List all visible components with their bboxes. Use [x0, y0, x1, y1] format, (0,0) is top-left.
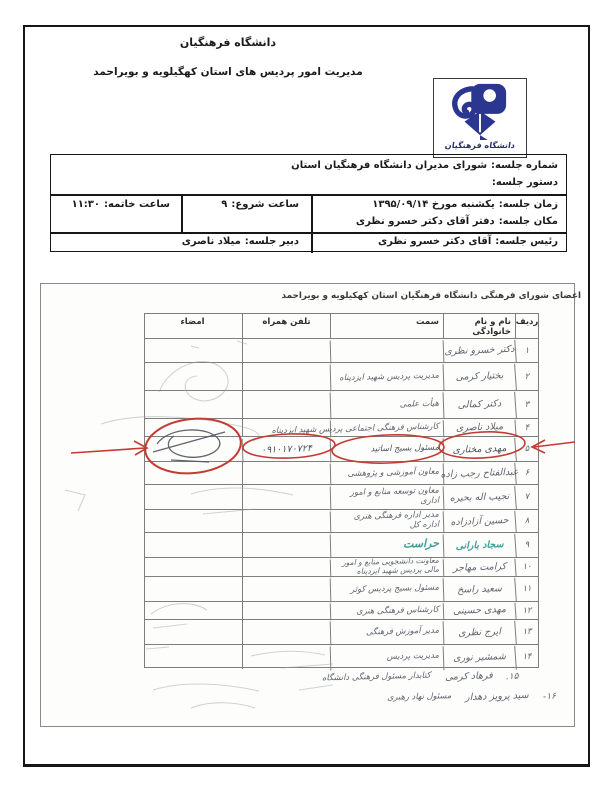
start-time-cell: ساعت شروع:۹: [179, 194, 307, 232]
row-number: ۴: [514, 418, 538, 437]
table-row: ۱۲ مهدی حسینی کارشناس فرهنگی هنری: [145, 602, 538, 620]
member-position: هیأت علمی: [330, 390, 444, 420]
signature-cell: [143, 391, 242, 418]
member-name: فرهاد کرمی: [445, 670, 493, 683]
signature-cell: [143, 558, 242, 576]
member-position: مدیریت پردیس شهید ایزدپناه: [330, 362, 444, 392]
extra-row-16: ۱۶- سید پرویز دهدار مسئول نهاد رهبری: [387, 691, 556, 702]
secretary-cell: دبیر جلسه:میلاد ناصری: [49, 232, 307, 253]
place-label: مکان جلسه:: [499, 216, 558, 227]
member-position: مدیریت پردیس: [330, 644, 444, 671]
row-number: ۱۲: [514, 601, 538, 620]
member-name: دکتر کمالی: [443, 390, 516, 419]
signature-cell: [143, 419, 242, 436]
row-number: ۸: [514, 509, 538, 533]
member-name: مهدی مختاری: [443, 436, 516, 462]
row-number: ۱۶-: [543, 692, 557, 703]
member-name: دکتر خسرو نظری: [443, 338, 516, 363]
signature-cell: [143, 437, 242, 461]
member-phone: [242, 462, 330, 484]
start-time-value: ۹: [221, 199, 227, 210]
extra-row-15: ۱۵. فرهاد کرمی کتابدار مسئول فرهنگی دانش…: [322, 671, 519, 682]
chairman-label: رئیس جلسه:: [495, 236, 558, 247]
logo-caption: دانشگاه فرهنگیان: [444, 141, 516, 150]
table-row: ۱۰ کرامت مهاجر معاونت دانشجویی منابع و ا…: [145, 558, 538, 577]
attendance-scan: اعضای شورای فرهنگی دانشگاه فرهنگیان استا…: [40, 283, 575, 727]
session-label: شماره جلسه:: [491, 160, 558, 171]
member-name: سید پرویز دهدار: [465, 690, 529, 703]
table-row: ۱ دکتر خسرو نظری: [145, 339, 538, 363]
table-row: ۸ حسین آزادزاده مدیر اداره فرهنگی هنری ا…: [145, 510, 538, 533]
member-name: نجیب اله بحیره: [443, 484, 516, 510]
row-number: ۱۳: [514, 619, 539, 645]
member-position: معاون آموزشی و پژوهشی: [330, 461, 444, 486]
signature-cell: [143, 645, 242, 669]
session-number-line: شماره جلسه:شورای مدیران دانشگاه فرهنگیان…: [53, 157, 558, 174]
member-phone: ۰۹۱۰۱۷۰۷۲۴: [242, 435, 331, 462]
member-name: حسین آزادزاده: [443, 509, 516, 533]
document-page: دانشگاه فرهنگیان مدیریت امور پردیس های ا…: [0, 0, 612, 792]
signature-cell: [143, 533, 242, 557]
end-time-cell: ساعت خاتمه:۱۱:۳۰: [49, 194, 178, 232]
table-row: ۱۴ شمشیر نوری مدیریت پردیس: [145, 645, 538, 669]
signature-cell: [143, 462, 242, 484]
session-and-agenda: شماره جلسه:شورای مدیران دانشگاه فرهنگیان…: [49, 155, 566, 194]
member-phone: [242, 363, 330, 390]
member-position: معاون توسعه منابع و امور اداری: [330, 484, 444, 511]
signature-cell: [143, 510, 242, 532]
chairman-cell: رئیس جلسه:آقای دکتر خسرو نظری: [309, 232, 566, 253]
member-position: حراست: [330, 532, 444, 559]
member-position: [330, 338, 444, 364]
row-number: ۵: [514, 436, 539, 462]
university-name: دانشگاه فرهنگیان: [23, 36, 433, 49]
time-label: زمان جلسه:: [499, 199, 558, 210]
member-position: مسئول بسیج پردیس کوثر: [330, 576, 444, 603]
member-name: ایرج نظری: [443, 619, 516, 645]
agenda-line: دستور جلسه:: [53, 174, 558, 191]
col-header-signature: امضاء: [143, 314, 242, 338]
signature-cell: [143, 577, 242, 601]
table-row: ۳ دکتر کمالی هیأت علمی: [145, 391, 538, 419]
member-name: کرامت مهاجر: [443, 557, 516, 578]
col-header-position: سمت: [330, 314, 443, 338]
table-row-highlighted: ۵ مهدی مختاری مسئول بسیج اساتید ۰۹۱۰۱۷۰۷…: [145, 437, 538, 462]
member-phone: [242, 391, 330, 418]
member-position: مسئول نهاد رهبری: [387, 691, 451, 702]
row-number: ۱: [514, 338, 539, 363]
table-row: ۶ عبدالفتاح رجب زاده معاون آموزشی و پژوه…: [145, 462, 538, 485]
member-position: کارشناس فرهنگی هنری: [330, 601, 443, 621]
session-value: شورای مدیران دانشگاه فرهنگیان استان: [291, 160, 487, 171]
member-name: مهدی حسینی: [443, 601, 516, 621]
place-line: مکان جلسه:دفتر آقای دکتر خسرو نظری: [313, 213, 558, 230]
member-name: بختیار کرمی: [443, 362, 516, 391]
signature-cell: [143, 339, 242, 362]
end-time-label: ساعت خاتمه:: [104, 199, 170, 210]
member-position: معاونت دانشجویی منابع و امور مالی پردیس …: [330, 557, 443, 578]
table-row: ۱۳ ایرج نظری مدیر آموزش فرهنگی: [145, 620, 538, 645]
member-position: کتابدار مسئول فرهنگی دانشگاه: [322, 671, 431, 683]
row-number: ۳: [514, 390, 539, 419]
row-number: ۱۵.: [506, 672, 519, 683]
member-phone: [242, 510, 330, 532]
table-row: ۹ سجاد بارانی حراست: [145, 533, 538, 558]
table-row: ۷ نجیب اله بحیره معاون توسعه منابع و امو…: [145, 485, 538, 510]
end-time-value: ۱۱:۳۰: [72, 199, 100, 210]
row-number: ۱۱: [514, 576, 539, 602]
row-number: ۹: [514, 532, 539, 558]
attendance-title: اعضای شورای فرهنگی دانشگاه فرهنگیان استا…: [276, 291, 581, 301]
member-name: عبدالفتاح رجب زاده: [443, 461, 516, 485]
member-phone: [242, 620, 330, 644]
member-name: میلاد ناصری: [443, 418, 516, 438]
member-name: سعید راسخ: [443, 576, 516, 602]
member-name: سجاد بارانی: [443, 532, 516, 558]
member-phone: [242, 485, 330, 509]
col-header-name: نام و نام خانوادگی: [443, 314, 515, 338]
member-phone: [242, 533, 330, 557]
signature-cell: [143, 620, 242, 644]
member-position: مدیر اداره فرهنگی هنری اداره کل: [330, 509, 444, 534]
chairman-value: آقای دکتر خسرو نظری: [378, 236, 491, 247]
place-value: دفتر آقای دکتر خسرو نظری: [356, 216, 495, 227]
member-phone: [242, 645, 330, 669]
attendance-header-row: ردیف نام و نام خانوادگی سمت تلفن همراه ا…: [145, 314, 538, 339]
signature-cell: [143, 363, 242, 390]
member-phone: [242, 339, 330, 362]
logo-emblem-icon: [449, 82, 511, 140]
member-position: کارشناس فرهنگی اجتماعی پردیس شهید ایزدپن…: [330, 418, 443, 438]
member-phone: [242, 577, 330, 601]
time-and-place: زمان جلسه:یکشنبه مورخ ۱۳۹۵/۰۹/۱۴ مکان جل…: [309, 194, 566, 232]
attendance-table: ردیف نام و نام خانوادگی سمت تلفن همراه ا…: [144, 313, 539, 668]
signature-cell: [143, 602, 242, 619]
member-position: مسئول بسیج اساتید: [330, 436, 444, 463]
meeting-info-table: شماره جلسه:شورای مدیران دانشگاه فرهنگیان…: [50, 154, 567, 252]
signature-cell: [143, 485, 242, 509]
member-phone: [242, 558, 330, 576]
row-number: ۱۰: [514, 557, 538, 577]
col-header-row-number: ردیف: [515, 314, 538, 338]
secretary-value: میلاد ناصری: [182, 236, 241, 247]
member-phone: [242, 602, 330, 619]
row-number: ۱۴: [514, 644, 539, 670]
start-time-label: ساعت شروع:: [231, 199, 299, 210]
table-row: ۴ میلاد ناصری کارشناس فرهنگی اجتماعی پرد…: [145, 419, 538, 437]
row-number: ۲: [514, 362, 539, 391]
agenda-label: دستور جلسه:: [492, 177, 558, 188]
time-value: یکشنبه مورخ ۱۳۹۵/۰۹/۱۴: [372, 199, 495, 210]
table-row: ۱۱ سعید راسخ مسئول بسیج پردیس کوثر: [145, 577, 538, 602]
secretary-label: دبیر جلسه:: [245, 236, 299, 247]
member-position: مدیر آموزش فرهنگی: [330, 619, 444, 646]
row-number: ۷: [514, 484, 539, 510]
member-name: شمشیر نوری: [443, 644, 516, 670]
time-line: زمان جلسه:یکشنبه مورخ ۱۳۹۵/۰۹/۱۴: [313, 196, 558, 213]
university-logo: دانشگاه فرهنگیان: [433, 78, 527, 158]
table-row: ۲ بختیار کرمی مدیریت پردیس شهید ایزدپناه: [145, 363, 538, 391]
red-arrow-left: [71, 441, 147, 455]
col-header-phone: تلفن همراه: [242, 314, 330, 338]
department-name: مدیریت امور پردیس های استان کهگیلویه و ب…: [23, 66, 433, 78]
